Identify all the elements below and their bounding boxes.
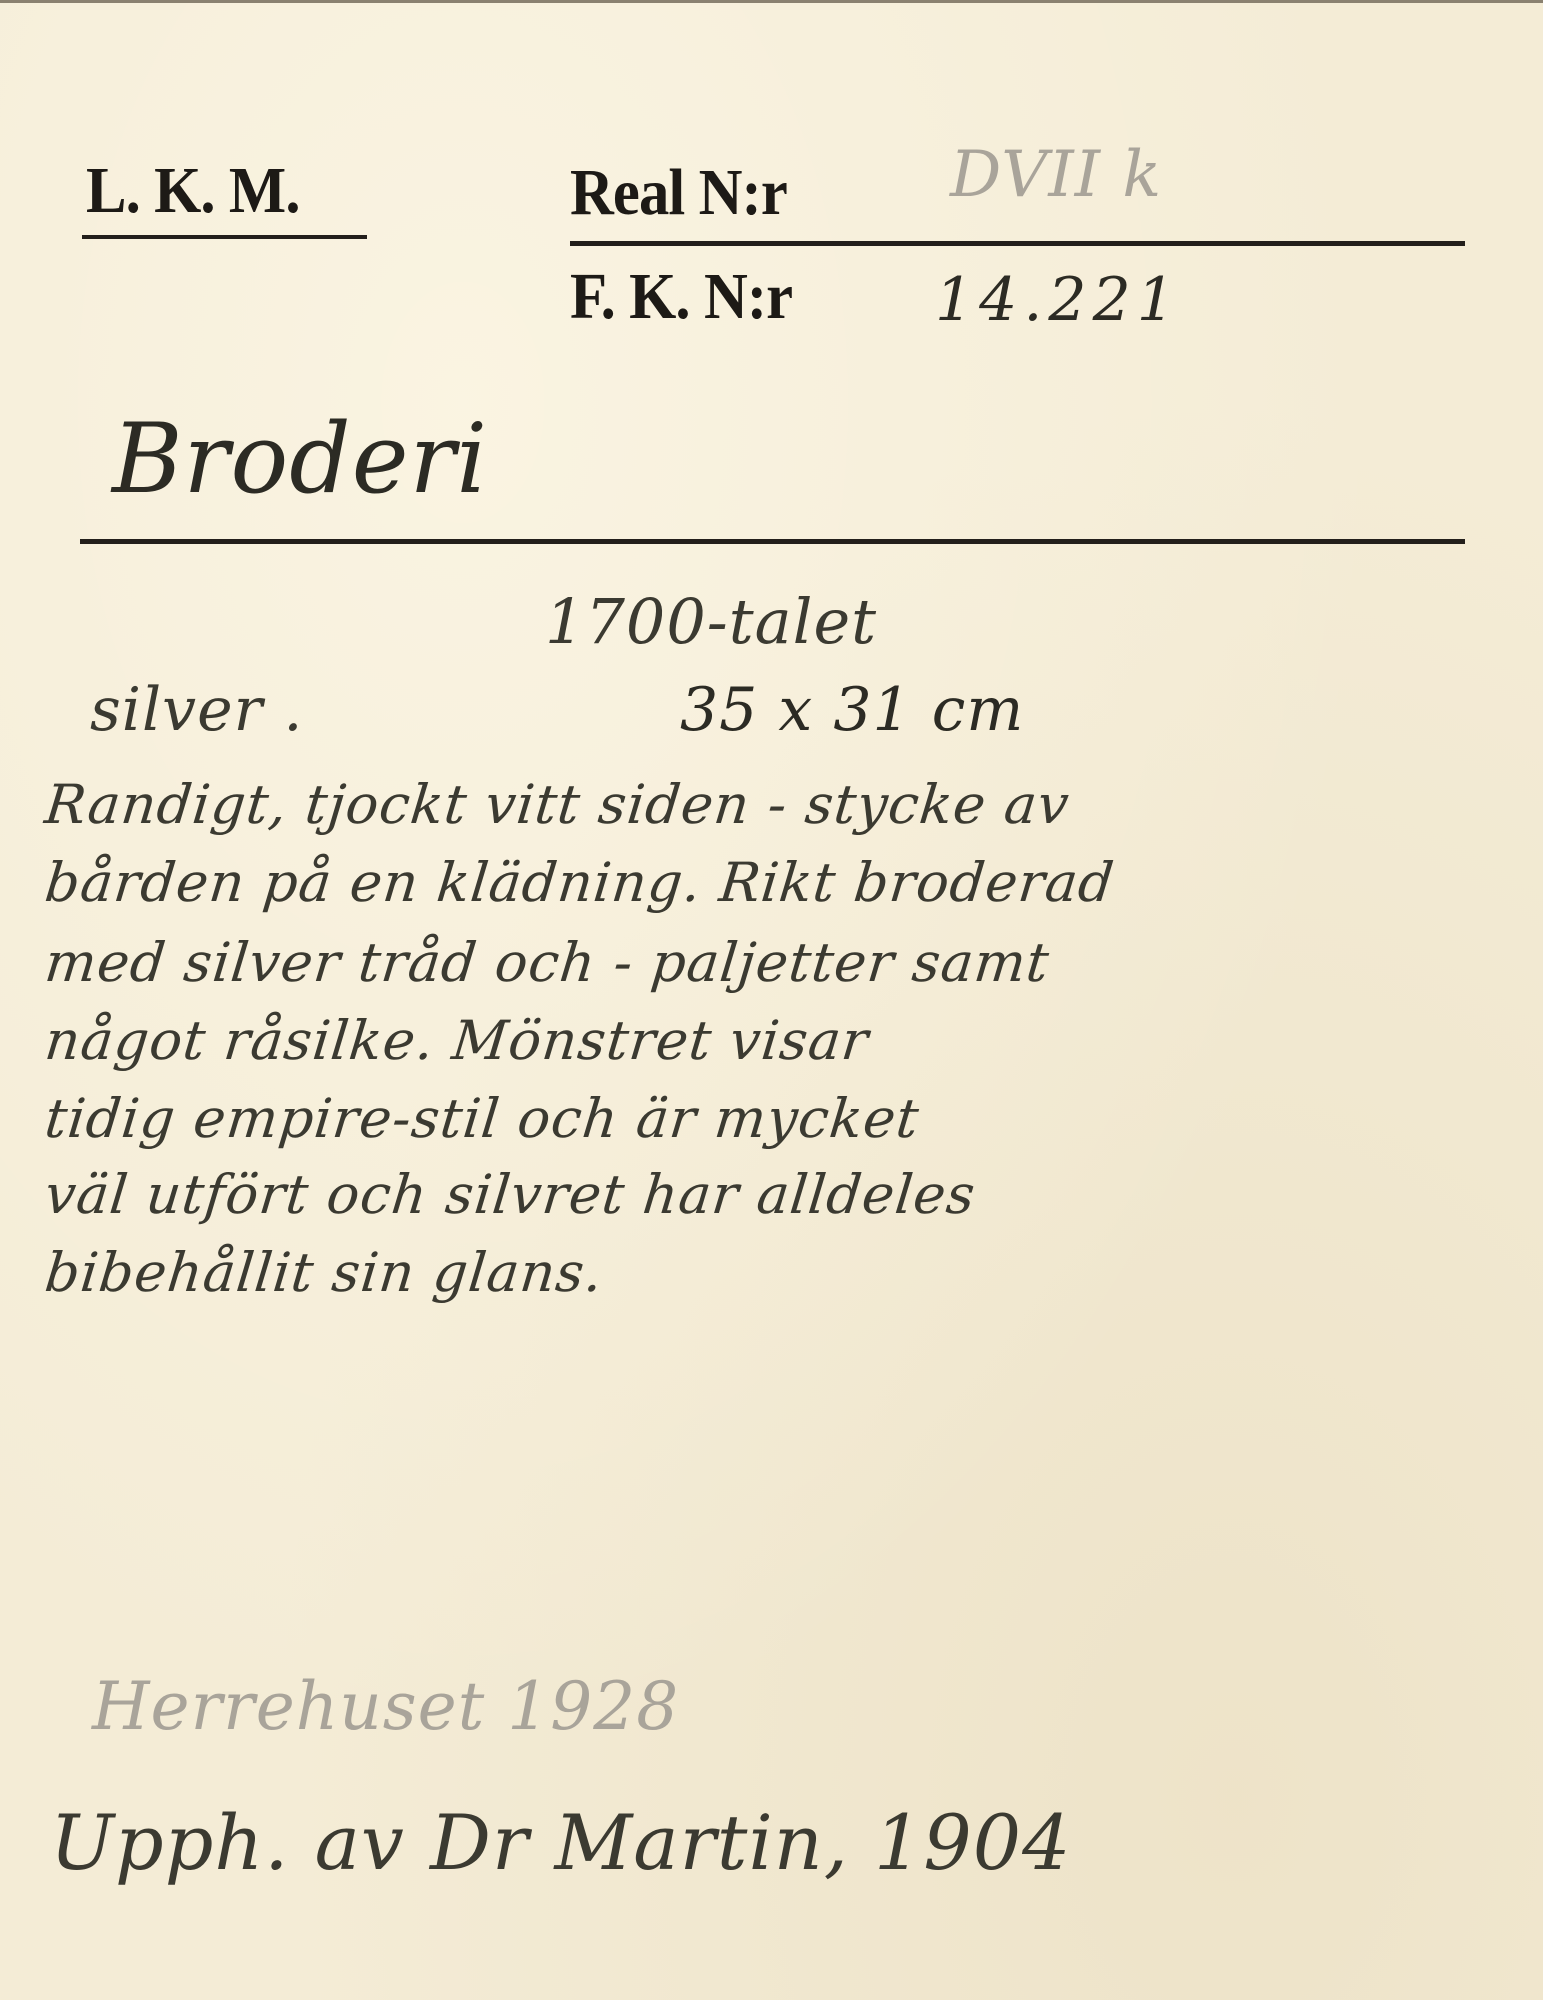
real-nr-label: Real N:r (570, 155, 787, 231)
real-nr-value: DVII k (950, 138, 1162, 212)
description-line: bården på en klädning. Rikt broderad (42, 851, 1117, 914)
dimensions: 35 x 31 cm (680, 675, 1024, 745)
description-line: tidig empire-stil och är mycket (42, 1087, 923, 1150)
title-rule (80, 539, 1465, 544)
real-nr-rule (570, 241, 1465, 246)
description-line: bibehållit sin glans. (42, 1241, 606, 1304)
pencil-note: Herrehuset 1928 (92, 1668, 679, 1745)
description-line: väl utfört och silvret har alldeles (42, 1163, 979, 1226)
museum-label: L. K. M. (86, 153, 300, 229)
description-line: Randigt, tjockt vitt siden - stycke av (42, 773, 1073, 836)
catalog-card: L. K. M. Real N:r DVII k F. K. N:r 14.22… (0, 0, 1543, 2000)
description-line: med silver tråd och - paljetter samt (42, 931, 1053, 994)
fk-nr-label: F. K. N:r (570, 259, 792, 335)
museum-label-underline (82, 235, 367, 239)
material: silver . (90, 675, 303, 745)
fk-nr-value: 14.221 (935, 265, 1181, 335)
period: 1700-talet (545, 585, 877, 658)
object-title: Broderi (112, 403, 488, 515)
provenance-note: Upph. av Dr Martin, 1904 (50, 1798, 1071, 1887)
description-line: något råsilke. Mönstret visar (42, 1009, 872, 1072)
